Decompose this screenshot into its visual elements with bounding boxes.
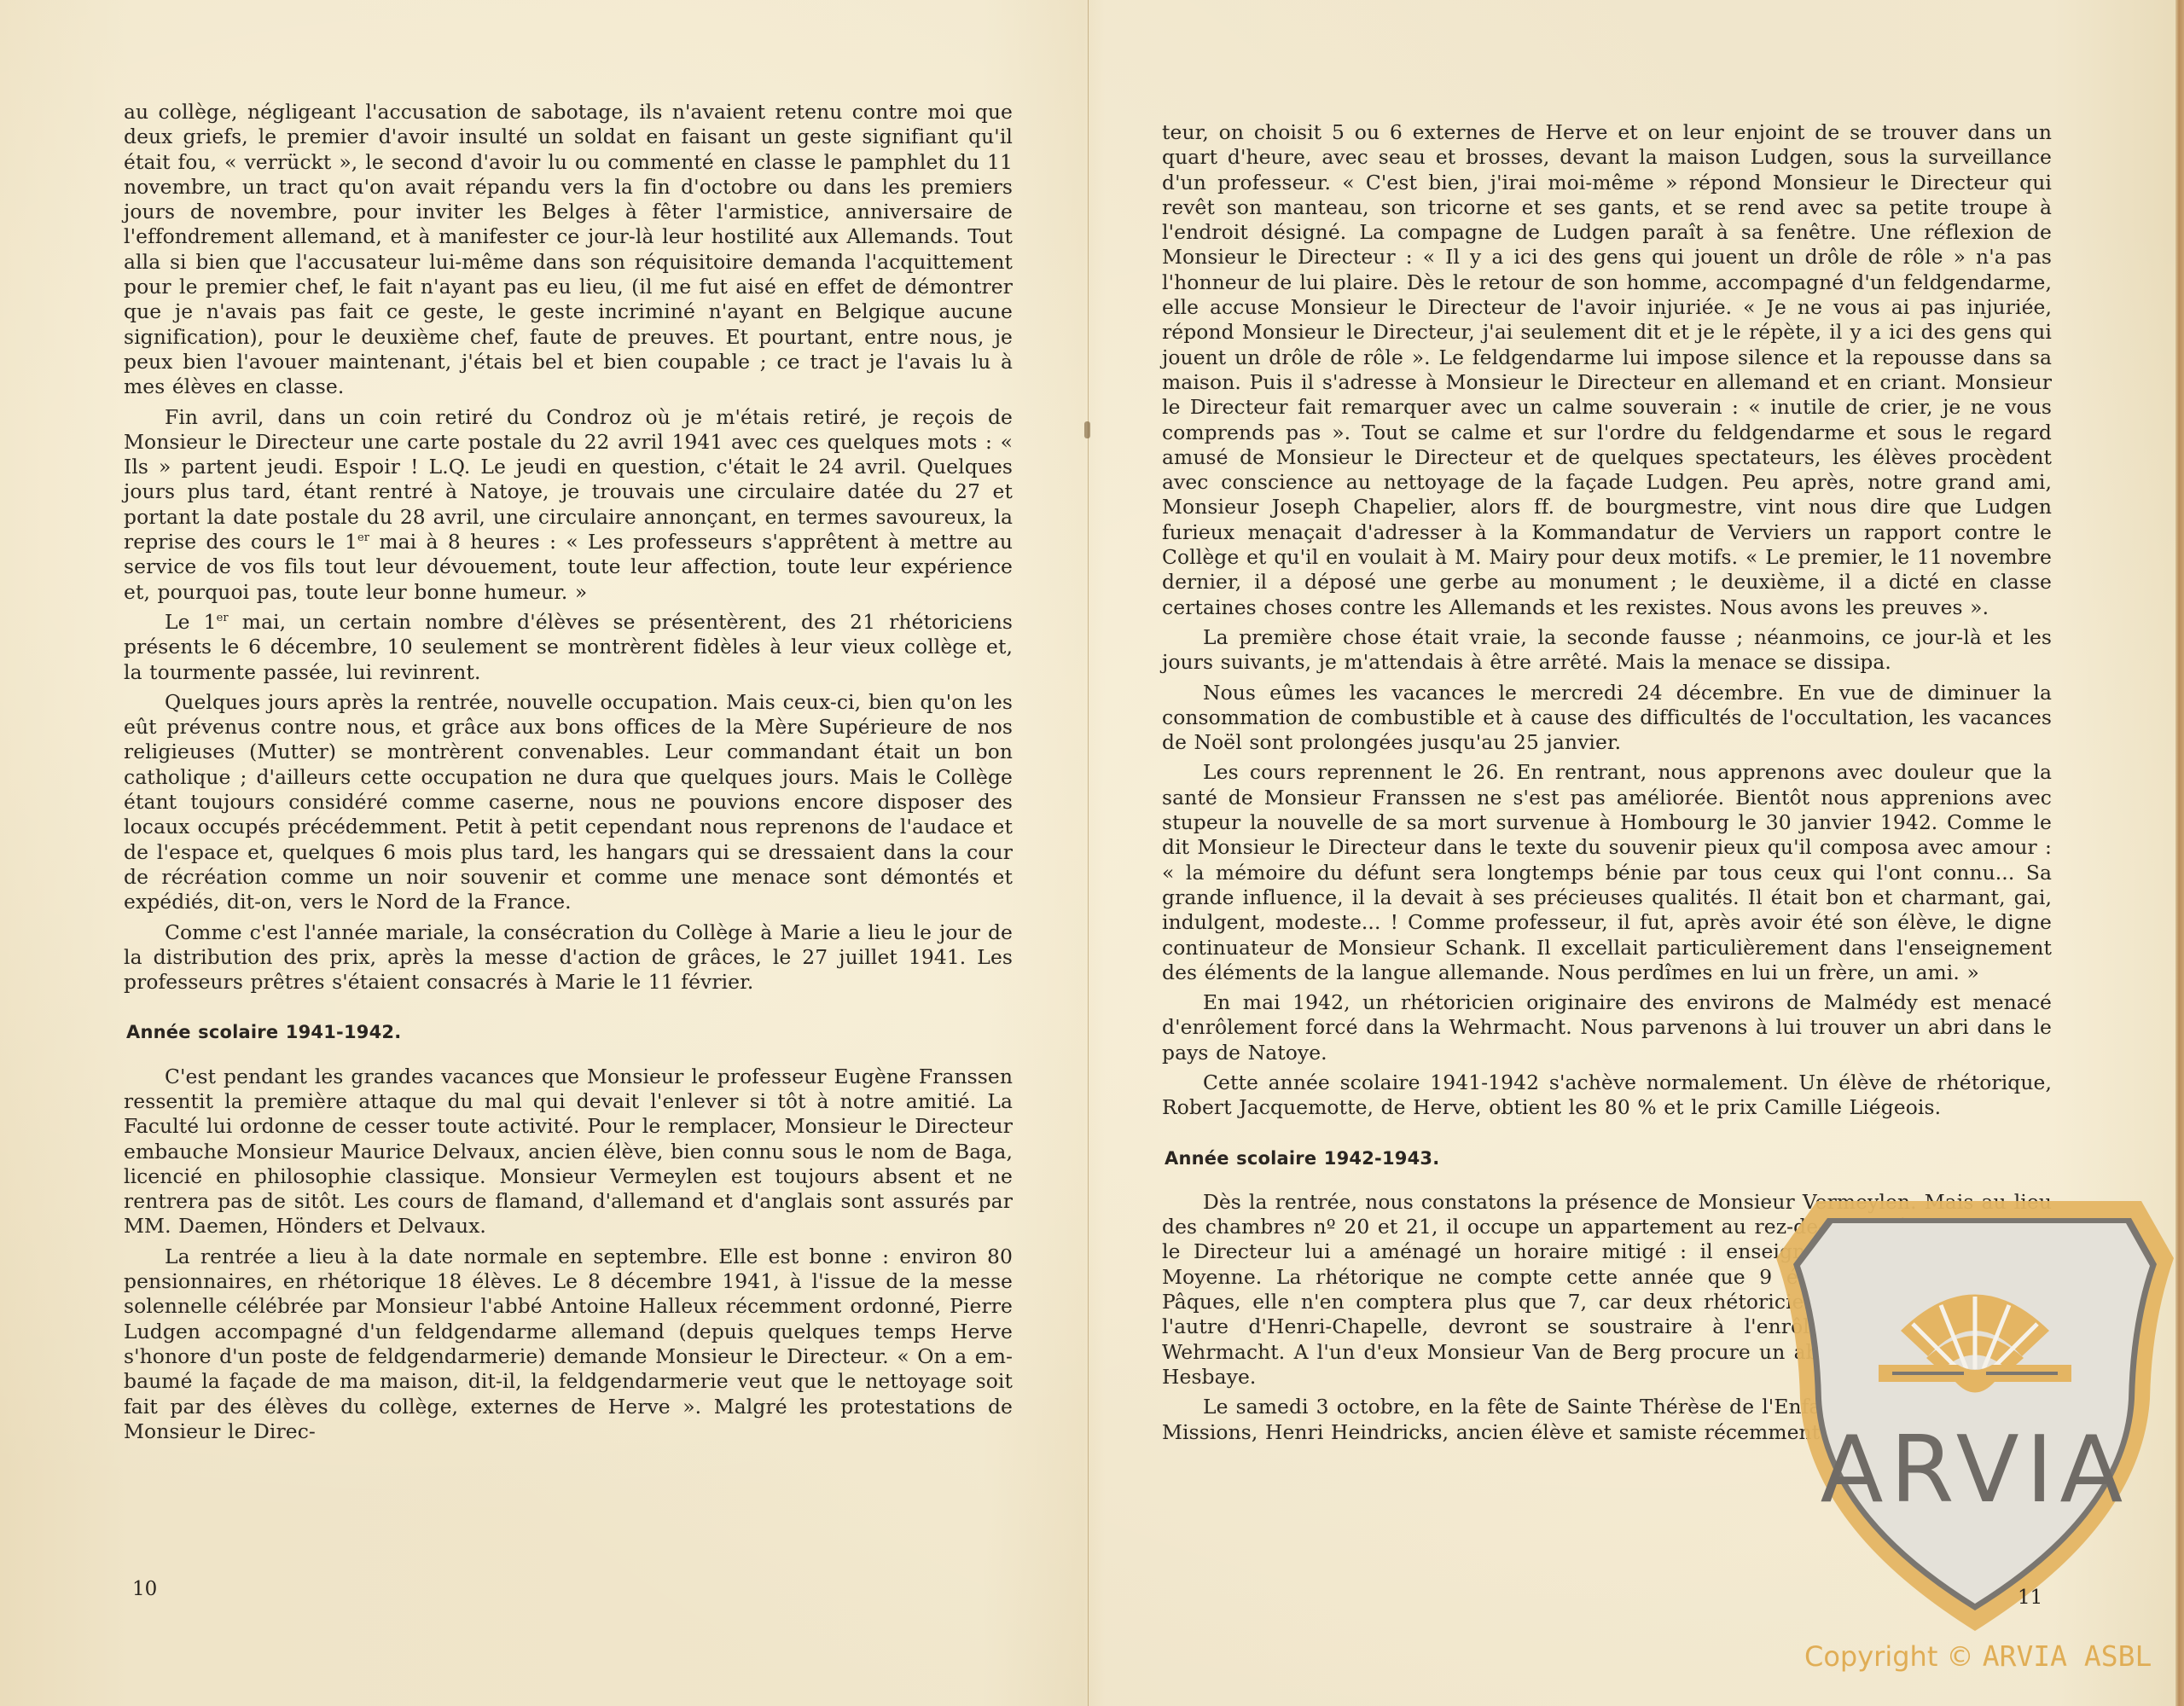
paragraph: La première chose était vraie, la second… xyxy=(1162,625,2052,676)
paragraph: C'est pendant les grandes vacances que M… xyxy=(124,1065,1013,1239)
ordinal-superscript: er xyxy=(217,612,229,624)
ordinal-superscript: er xyxy=(357,531,369,544)
paragraph: au collège, négligeant l'accusation de s… xyxy=(124,100,1013,400)
paragraph-text: Le 1 xyxy=(165,610,217,634)
paragraph: Quelques jours après la rentrée, nouvell… xyxy=(124,690,1013,915)
paragraph: La rentrée a lieu à la date normale en s… xyxy=(124,1245,1013,1444)
paragraph: Nous eûmes les vacances le mercredi 24 d… xyxy=(1162,681,2052,756)
copyright-prefix: Copyright xyxy=(1804,1640,1937,1673)
paragraph: Dès la rentrée, nous constatons la prése… xyxy=(1162,1190,2052,1390)
paragraph: teur, on choisit 5 ou 6 externes de Herv… xyxy=(1162,120,2052,620)
paragraph: En mai 1942, un rhétoricien originaire d… xyxy=(1162,990,2052,1065)
copyright-owner: ARVIA ASBL xyxy=(1983,1639,2152,1673)
page-number-left: 10 xyxy=(132,1578,157,1600)
paragraph: Comme c'est l'année mariale, la consécra… xyxy=(124,920,1013,995)
left-page-text-column: au collège, négligeant l'accusation de s… xyxy=(124,100,1013,1444)
right-page: teur, on choisit 5 ou 6 externes de Herv… xyxy=(1089,0,2175,1706)
section-heading: Année scolaire 1942-1943. xyxy=(1165,1146,2052,1171)
paragraph: Cette année scolaire 1941-1942 s'achève … xyxy=(1162,1071,2052,1121)
paragraph: Le samedi 3 octobre, en la fête de Saint… xyxy=(1162,1395,2052,1445)
section-heading: Année scolaire 1941-1942. xyxy=(126,1020,1013,1045)
paragraph-text: mai, un certain nombre d'élèves se prése… xyxy=(124,610,1013,684)
paragraph: Le 1er mai, un certain nombre d'élèves s… xyxy=(124,610,1013,685)
paragraph: Les cours reprennent le 26. En rentrant,… xyxy=(1162,760,2052,985)
copyright-symbol: © xyxy=(1947,1640,1974,1673)
page-edge xyxy=(2175,0,2184,1706)
right-page-text-column: teur, on choisit 5 ou 6 externes de Herv… xyxy=(1162,120,2052,1445)
left-page: au collège, négligeant l'accusation de s… xyxy=(0,0,1088,1706)
page-number-right: 11 xyxy=(2018,1587,2042,1609)
copyright-notice: Copyright © ARVIA ASBL xyxy=(1804,1639,2152,1673)
paragraph: Fin avril, dans un coin retiré du Condro… xyxy=(124,405,1013,605)
